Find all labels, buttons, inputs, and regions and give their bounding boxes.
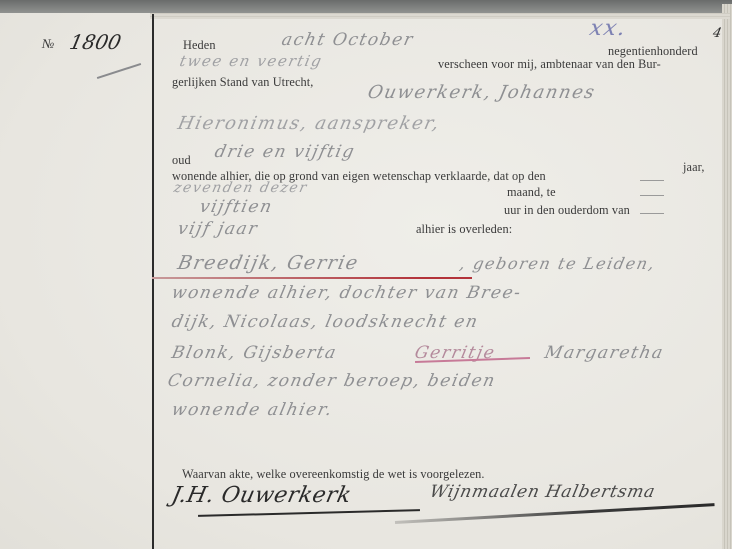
declarant-signature: J.H. Ouwerkerk [169,483,353,508]
label-heden: Heden [183,38,216,53]
body-line-6: wonende alhier. [170,400,335,420]
label-overleden: alhier is overleden: [416,222,512,237]
blue-pencil-annotation: xx. [587,16,629,41]
blank-line [640,180,664,181]
deceased-age: vijf jaar [176,219,260,239]
body-line-4b: Margaretha [543,343,666,363]
label-uur: uur in den ouderdom van [504,203,630,218]
deceased-name: Breedijk, Gerrie [176,252,361,274]
official-signature: Wijnmaalen Halbertsma [428,482,657,502]
label-gerlijken-stand: gerlijken Stand van Utrecht, [172,75,313,90]
label-waarvan: Waarvan akte, welke overeenkomstig de we… [182,467,485,482]
page-stack-edge [722,4,732,549]
hour-of-death: vijftien [198,197,275,217]
label-verscheen: verscheen voor mij, ambtenaar van den Bu… [438,57,661,72]
certificate-number: 1800 [67,30,123,54]
birthplace: , geboren te Leiden, [458,254,658,273]
red-underline [152,277,472,279]
label-jaar: jaar, [683,160,705,175]
body-line-2: wonende alhier, dochter van Bree- [170,283,524,303]
margin-rule [152,14,154,549]
date-day: acht October [280,30,416,50]
body-line-3: dijk, Nicolaas, loodsknecht en [170,312,481,332]
declarant-age: drie en vijftig [213,142,357,162]
certificate-number-prefix: № [42,36,54,52]
page-stack-top [150,13,730,19]
declarant-surname: Ouwerkerk, Johannes [366,82,598,103]
label-maand-te: maand, te [507,185,556,200]
blank-line [640,213,664,214]
blank-line [640,195,664,196]
body-line-4a: Blonk, Gijsberta [170,343,339,363]
year-written: twee en veertig [178,52,324,70]
label-oud: oud [172,153,191,168]
declarant-given-names: Hieronimus, aanspreker, [176,113,442,134]
day-of-month: zevenden dezer [172,180,309,196]
body-line-5: Cornelia, zonder beroep, beiden [166,371,498,391]
